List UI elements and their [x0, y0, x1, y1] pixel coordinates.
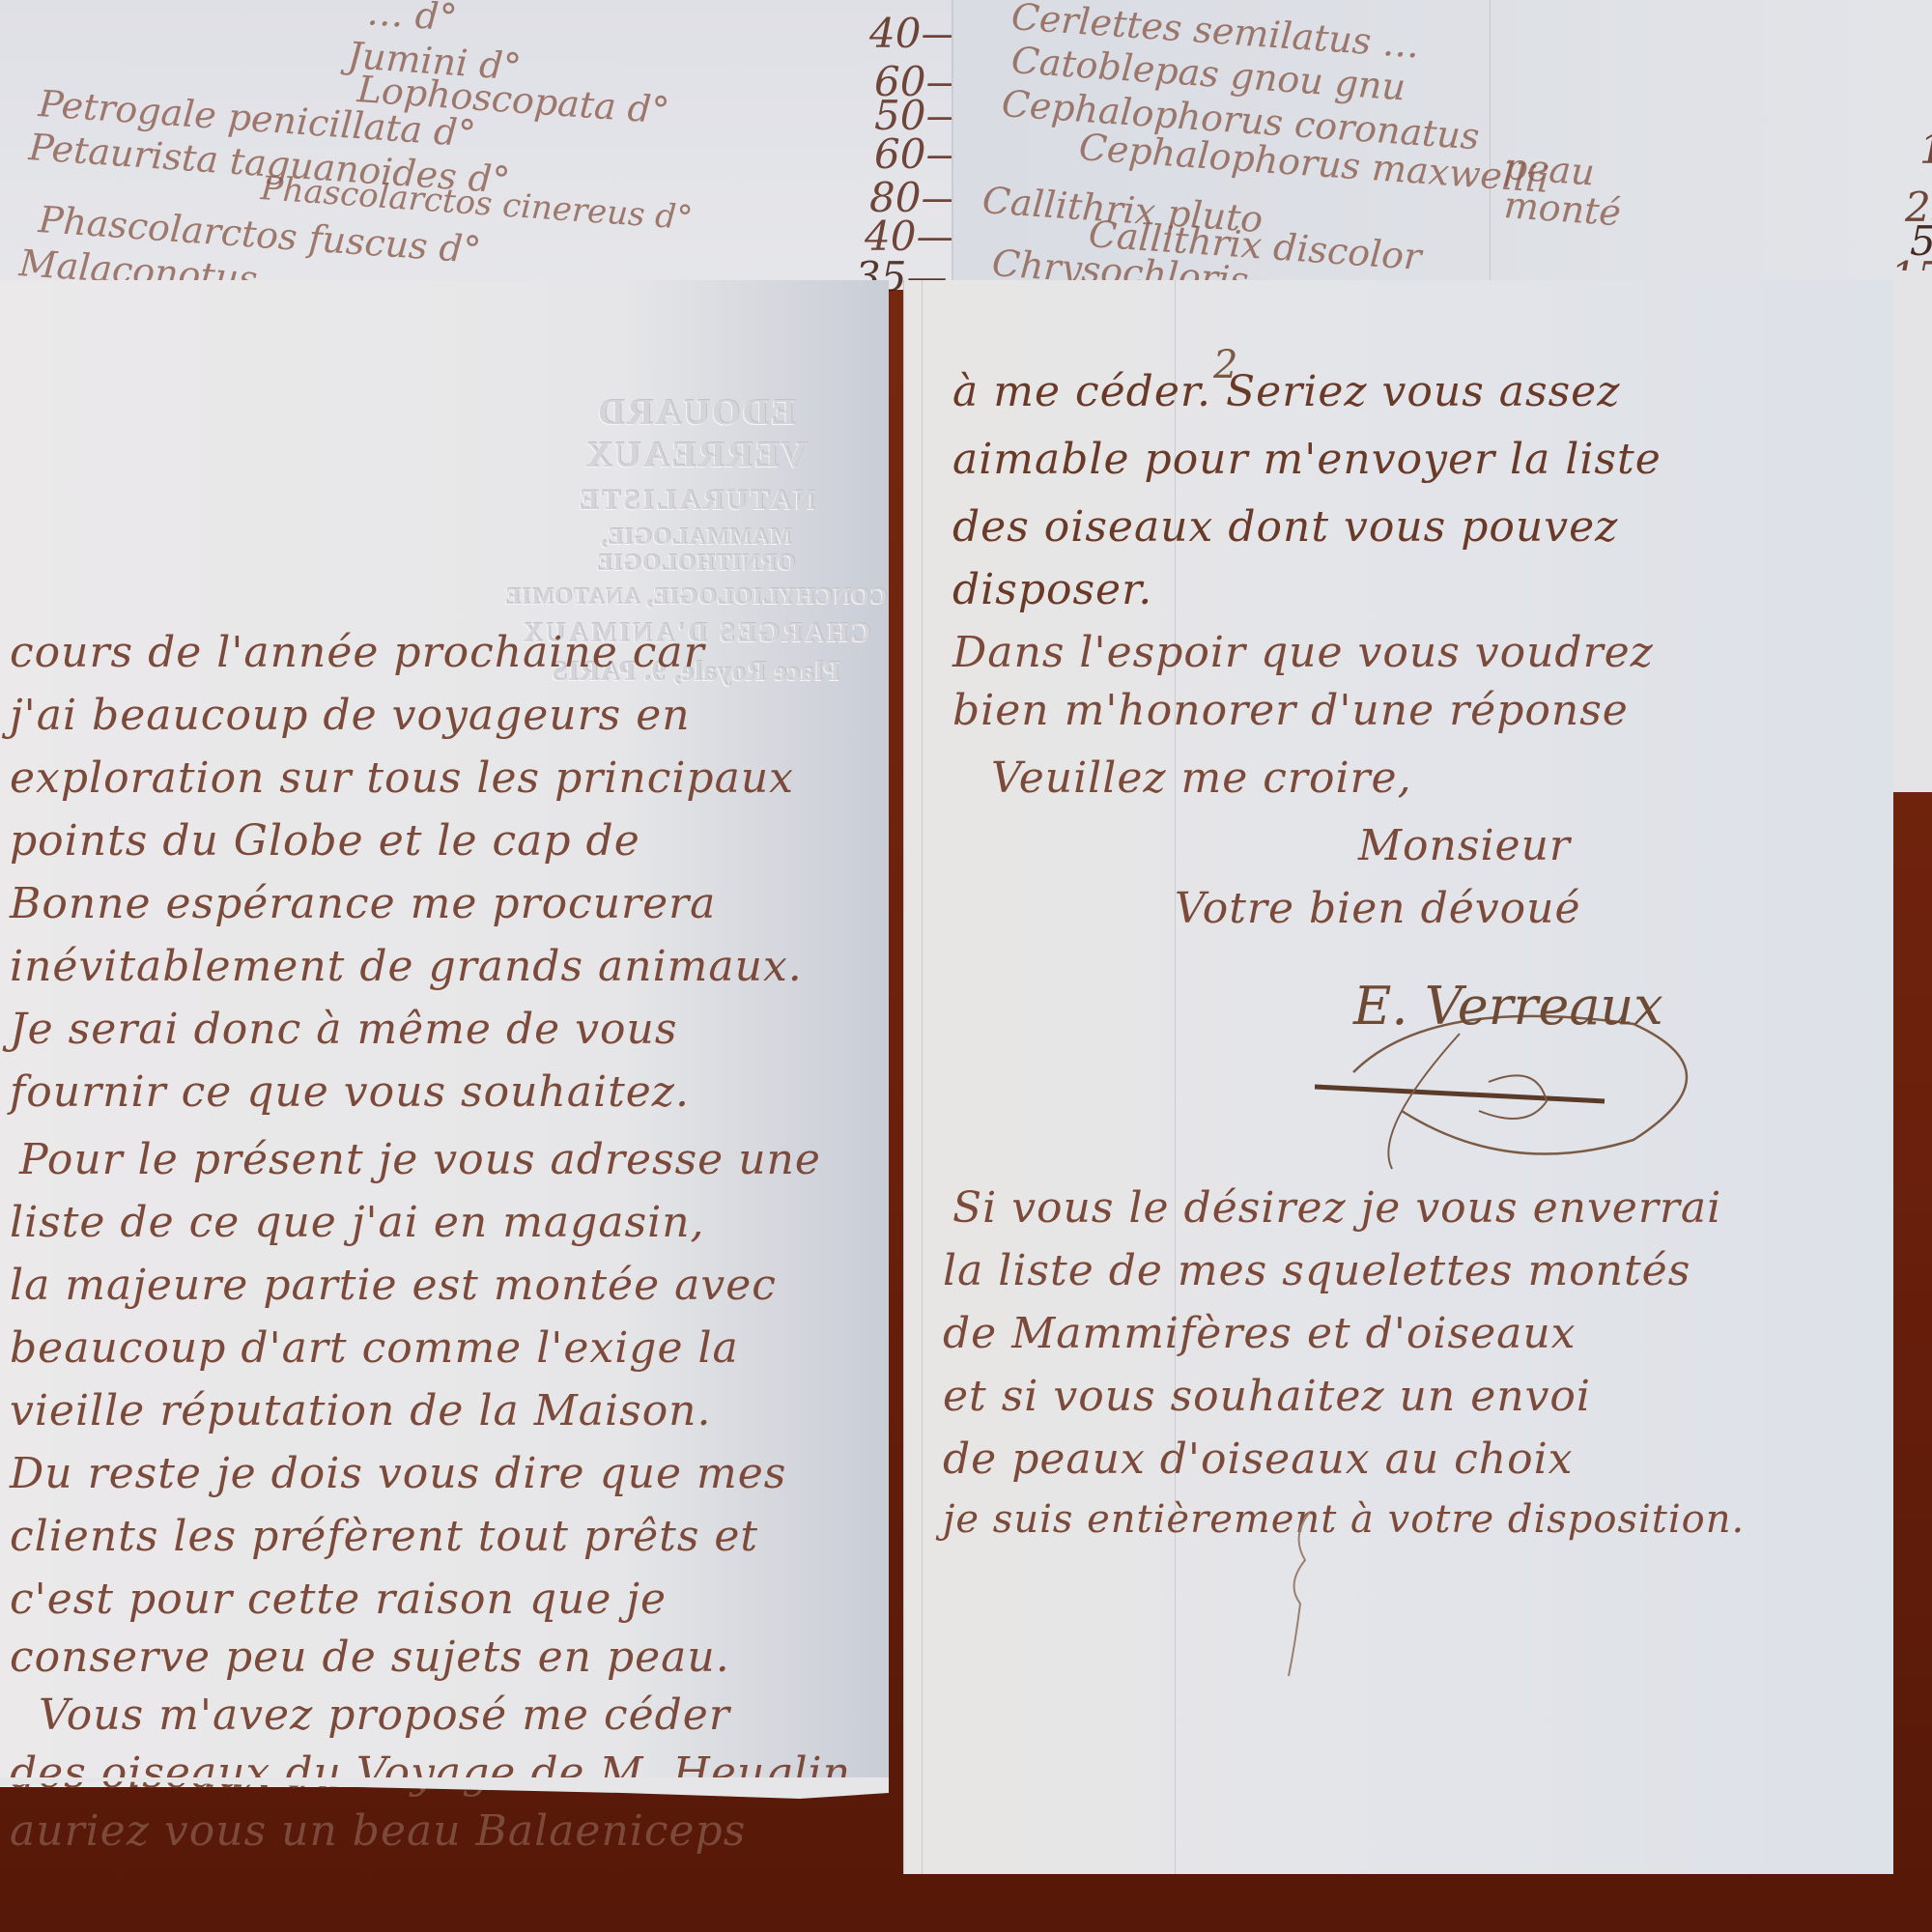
list-entry: … d°	[365, 0, 458, 39]
list-price: 40—	[869, 10, 961, 57]
letter-line: Du reste je dois vous dire que mes	[10, 1449, 786, 1498]
letter-page-right: 2 à me céder. Seriez vous assez aimable …	[903, 280, 1893, 1874]
letter-line: beaucoup d'art comme l'exige la	[10, 1323, 739, 1373]
letter-line: c'est pour cette raison que je	[10, 1575, 667, 1624]
postscript-line: et si vous souhaitez un envoi	[943, 1372, 1591, 1421]
letterhead-line: MAMMALOGIE, ORNITHOLOGIE	[502, 525, 889, 577]
letter-line: points du Globe et le cap de	[10, 816, 640, 866]
letter-line: à me céder. Seriez vous assez	[952, 367, 1620, 416]
postscript-line: Si vous le désirez je vous enverrai	[952, 1183, 1721, 1233]
letterhead-name: EDOUARD VERREAUX	[502, 391, 889, 476]
letter-line: exploration sur tous les principaux	[10, 753, 794, 803]
letter-line: Bonne espérance me procurera	[10, 879, 716, 928]
postscript-line: de peaux d'oiseaux au choix	[943, 1435, 1574, 1484]
letter-line: conserve peu de sujets en peau.	[10, 1633, 730, 1682]
valediction: Votre bien dévoué	[1175, 884, 1581, 933]
closing-line: Veuillez me croire,	[991, 753, 1412, 803]
list-note: monté	[1502, 184, 1622, 234]
signature-name: E. Verreaux	[1353, 976, 1663, 1037]
letter-line: Dans l'espoir que vous voudrez	[952, 628, 1654, 677]
signature: E. Verreaux	[1315, 956, 1720, 1179]
closing-flourish-icon	[1281, 1507, 1320, 1681]
letter-line: j'ai beaucoup de voyageurs en	[10, 691, 691, 740]
letter-line: auriez vous un beau Balaeniceps	[10, 1806, 746, 1856]
list-price: 10	[1919, 126, 1932, 173]
letter-line: clients les préfèrent tout prêts et	[10, 1512, 758, 1561]
letter-line: disposer.	[952, 565, 1152, 614]
letter-line: des oiseaux dont vous pouvez	[952, 502, 1618, 552]
letter-page-left: EDOUARD VERREAUX NATURALISTE MAMMALOGIE,…	[0, 280, 889, 1787]
postscript-line: je suis entièrement à votre disposition.	[943, 1497, 1745, 1542]
letter-line: la majeure partie est montée avec	[10, 1261, 777, 1310]
salutation: Monsieur	[1358, 821, 1571, 870]
background-price-list-sheet-right: Cerlettes semilatus … Catoblepas gnou gn…	[952, 0, 1932, 290]
letter-line: vieille réputation de la Maison.	[10, 1386, 712, 1435]
letter-line: Vous m'avez proposé me céder	[39, 1690, 730, 1740]
letter-line: liste de ce que j'ai en magasin,	[10, 1198, 705, 1247]
letter-line: Pour le présent je vous adresse une	[19, 1135, 821, 1184]
letter-line: des oiseaux du Voyage de M. Heuglin,	[10, 1748, 866, 1798]
letter-line: bien m'honorer d'une réponse	[952, 686, 1629, 735]
letter-line: inévitablement de grands animaux.	[10, 942, 803, 991]
background-sheet-edge	[1893, 270, 1932, 792]
background-price-list-sheet-left: … d° 40— Jumini d° 60— Lophoscopata d° 5…	[0, 0, 976, 290]
fold-line	[922, 280, 923, 1874]
letterhead-title: NATURALISTE	[502, 484, 889, 517]
postscript-line: la liste de mes squelettes montés	[943, 1246, 1690, 1295]
letter-line: cours de l'année prochaine car	[10, 628, 705, 677]
letter-line: Je serai donc à même de vous	[10, 1005, 677, 1054]
postscript-line: de Mammifères et d'oiseaux	[943, 1309, 1577, 1358]
letter-line: aimable pour m'envoyer la liste	[952, 435, 1662, 484]
letter-line: fournir ce que vous souhaitez.	[10, 1067, 690, 1117]
letterhead-line: CONCHYLIOLOGIE, ANATOMIE	[502, 584, 889, 611]
fold-line	[1490, 0, 1491, 290]
